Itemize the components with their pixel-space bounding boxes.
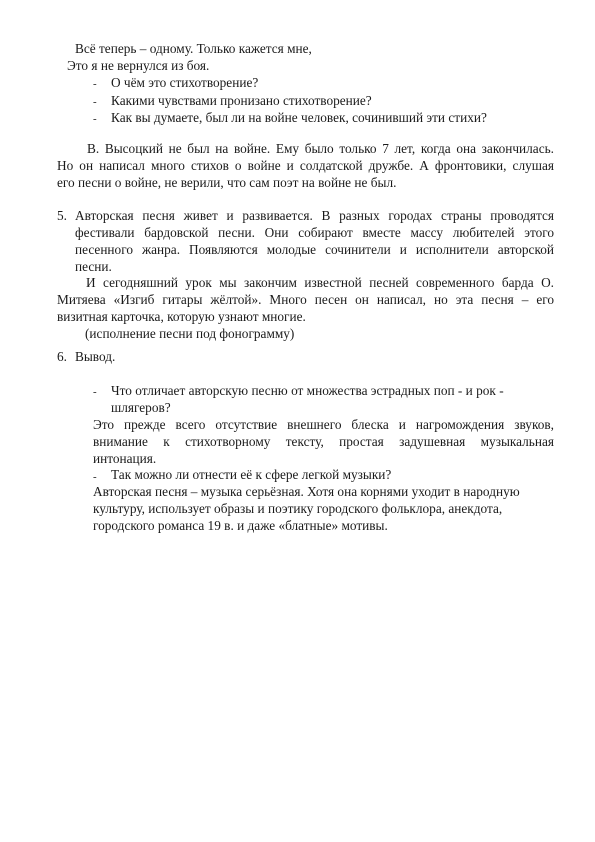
section-line: Авторская песня живет и развивается. В р…	[75, 208, 554, 224]
answer-line: Авторская песня – музыка серьёзная. Хотя…	[93, 484, 520, 500]
section-line: визитная карточка, которую узнают многие…	[57, 309, 306, 325]
bullet-dash: -	[93, 76, 97, 92]
section-line: песенного жанра. Появляются молодые сочи…	[75, 242, 554, 258]
bullet-dash: -	[93, 384, 97, 400]
section-title: Вывод.	[75, 349, 115, 365]
section-number: 6.	[57, 349, 67, 365]
answer-line: интонация.	[93, 451, 156, 467]
question-item: шлягеров?	[111, 400, 171, 416]
question-item: Так можно ли отнести её к сфере легкой м…	[111, 467, 391, 483]
question-item: О чём это стихотворение?	[111, 75, 258, 91]
section-line: И сегодняшний урок мы закончим известной…	[86, 275, 554, 291]
bullet-dash: -	[93, 111, 97, 127]
answer-line: внимание к стихотворному тексту, простая…	[93, 434, 554, 450]
answer-line: культуру, использует образы и поэтику го…	[93, 501, 502, 517]
answer-line: городского романса 19 в. и даже «блатные…	[93, 518, 388, 534]
question-item: Что отличает авторскую песню от множеств…	[111, 383, 504, 399]
paragraph-line: его песни о войне, не верили, что сам по…	[57, 175, 396, 191]
question-item: Какими чувствами пронизано стихотворение…	[111, 93, 372, 109]
performance-note: (исполнение песни под фонограмму)	[85, 326, 294, 342]
section-number: 5.	[57, 208, 67, 224]
bullet-dash: -	[93, 469, 97, 485]
poem-line: Всё теперь – одному. Только кажется мне,	[75, 41, 312, 57]
section-line: фестивали бардовской песни. Они собирают…	[75, 225, 554, 241]
answer-line: Это прежде всего отсутствие внешнего бле…	[93, 417, 554, 433]
bullet-dash: -	[93, 94, 97, 110]
poem-line: Это я не вернулся из боя.	[67, 58, 209, 74]
question-item: Как вы думаете, был ли на войне человек,…	[111, 110, 487, 126]
section-line: песни.	[75, 259, 112, 275]
paragraph-line: В. Высоцкий не был на войне. Ему было то…	[87, 141, 554, 157]
section-line: Митяева «Изгиб гитары жёлтой». Много пес…	[57, 292, 554, 308]
paragraph-line: Но он написал много стихов о войне и сол…	[57, 158, 554, 174]
